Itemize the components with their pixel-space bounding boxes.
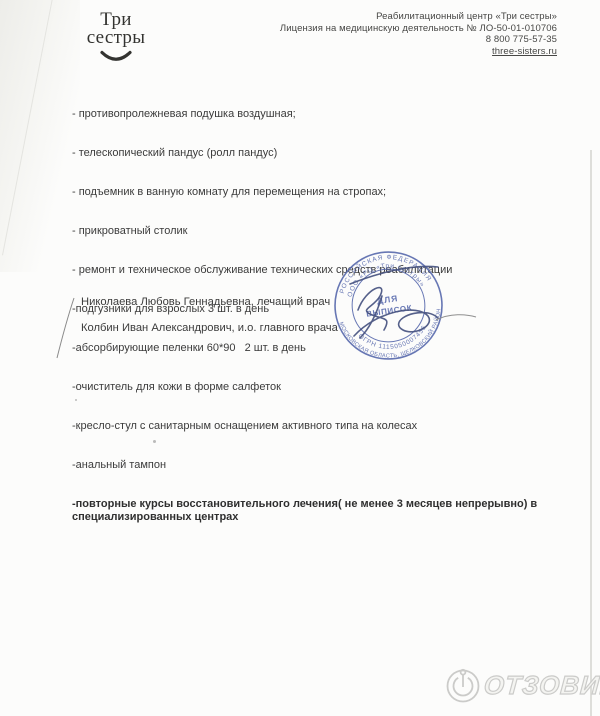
- otzovik-watermark: ОТЗОВИК: [444, 666, 600, 704]
- list-item: - телескопический пандус (ролл пандус): [72, 147, 564, 160]
- list-item: -кресло-стул с санитарным оснащением акт…: [72, 420, 564, 433]
- org-name: Реабилитационный центр «Три сестры»: [280, 11, 557, 23]
- letterhead-contact-block: Реабилитационный центр «Три сестры» Лице…: [280, 11, 557, 57]
- pen-stroke: [50, 292, 82, 364]
- list-item: - противопролежневая подушка воздушная;: [72, 108, 564, 121]
- scanned-document-page: Три сестры Реабилитационный центр «Три с…: [0, 0, 600, 716]
- phone-number: 8 800 775-57-35: [280, 34, 557, 46]
- list-item: -анальный тампон: [72, 459, 564, 472]
- website-link: three-sisters.ru: [280, 46, 557, 58]
- scan-crease-line: [2, 0, 53, 255]
- otzovik-watermark-text: ОТЗОВИК: [483, 670, 600, 701]
- handwritten-signature: [330, 246, 505, 371]
- logo-smile-icon: [98, 50, 134, 64]
- list-item: - подъемник в ванную комнату для перемещ…: [72, 186, 564, 199]
- scan-edge-line-right: [590, 150, 592, 716]
- license-line: Лицензия на медицинскую деятельность № Л…: [280, 23, 557, 35]
- logo-text-line2: сестры: [86, 29, 146, 47]
- clinic-logo: Три сестры: [86, 11, 146, 64]
- list-item-bold: -повторные курсы восстановительного лече…: [72, 498, 564, 524]
- scan-shadow-top-left: [0, 0, 80, 272]
- list-item: - прикроватный столик: [72, 225, 564, 238]
- list-item: -очиститель для кожи в форме салфеток: [72, 381, 564, 394]
- chief-doctor-name: Колбин Иван Александрович, и.о. главного…: [81, 322, 338, 334]
- attending-doctor-name: Николаева Любовь Геннадьевна, лечащий вр…: [81, 296, 330, 308]
- otzovik-logo-icon: [444, 666, 482, 704]
